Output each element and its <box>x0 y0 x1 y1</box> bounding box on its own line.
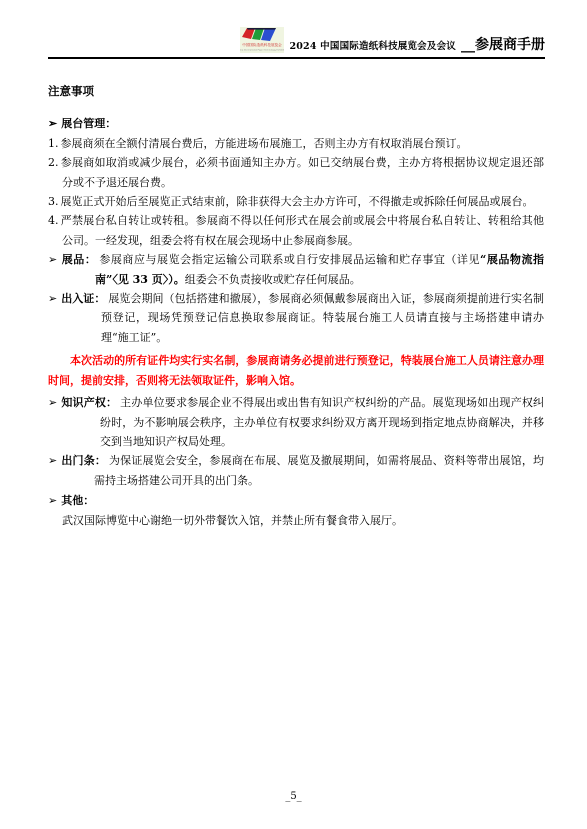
section-label: 出门条： <box>61 454 106 467</box>
arrow-bullet-icon: ➢ <box>48 396 57 409</box>
real-name-notice: 本次活动的所有证件均实行实名制，参展商请务必提前进行预登记，特装展台施工人员请注… <box>48 351 544 390</box>
section-passes: ➢出入证：展览会期间（包括搭建和撤展），参展商必须佩戴参展商出入证，参展商须提前… <box>48 289 544 347</box>
arrow-bullet-icon: ➢ <box>48 253 57 266</box>
item-text: 参展商须在全额付清展台费后，方能进场布展施工，否则主办方有权取消展台预订。 <box>61 137 468 150</box>
section-label: 知识产权： <box>61 396 117 409</box>
arrow-bullet-icon: ➢ <box>48 292 57 305</box>
section-heading-booth-management: ➢展台管理： <box>48 114 544 133</box>
header-title-suffix: __参展商手册 <box>461 38 545 53</box>
header-title-prefix: 2024 中国国际造纸科技展览会及会议 <box>289 40 456 53</box>
section-label: 展品： <box>61 253 96 266</box>
booth-rule-item: 2.参展商如取消或减少展台，必须书面通知主办方。如已交纳展台费，主办方将根据协议… <box>48 153 544 192</box>
logo-text-cn: 中国国际造纸科技展览会 <box>243 42 283 47</box>
section-text: 为保证展览会安全，参展商在布展、展览及撤展期间，如需将展品、资料等带出展馆，均需… <box>94 454 544 486</box>
item-text: 严禁展台私自转让或转租。参展商不得以任何形式在展会前或展会中将展台私自转让、转租… <box>61 214 545 246</box>
arrow-bullet-icon: ➢ <box>48 454 57 467</box>
item-number: 4. <box>48 214 59 227</box>
logo-text-en: China International Paper Technology Exh… <box>240 49 284 52</box>
section-exhibits: ➢展品：参展商应与展览会指定运输公司联系或自行安排展品运输和贮存事宜（详见“展品… <box>48 250 544 289</box>
section-text: 展览会期间（包括搭建和撤展），参展商必须佩戴参展商出入证，参展商须提前进行实名制… <box>101 292 544 344</box>
section-label: 展台管理： <box>61 117 116 130</box>
booth-rule-item: 1.参展商须在全额付清展台费后，方能进场布展施工，否则主办方有权取消展台预订。 <box>48 134 544 153</box>
page-title: 注意事项 <box>48 82 544 101</box>
section-text: 组委会不负责接收或贮存任何展品。 <box>185 273 361 286</box>
document-page: 中国国际造纸科技展览会 China International Paper Te… <box>0 0 587 829</box>
page-content: 注意事项 ➢展台管理： 1.参展商须在全额付清展台费后，方能进场布展施工，否则主… <box>48 82 544 530</box>
section-text: 主办单位要求参展企业不得展出或出售有知识产权纠纷的产品。展览现场如出现产权纠纷时… <box>100 396 544 448</box>
booth-rule-item: 3.展览正式开始后至展览正式结束前，除非获得大会主办方许可，不得撤走或拆除任何展… <box>48 192 544 211</box>
item-number: 2. <box>48 156 59 169</box>
page-header: 中国国际造纸科技展览会 China International Paper Te… <box>48 27 545 59</box>
item-text: 展览正式开始后至展览正式结束前，除非获得大会主办方许可，不得撤走或拆除任何展品或… <box>61 195 534 208</box>
item-text: 参展商如取消或减少展台，必须书面通知主办方。如已交纳展台费，主办方将根据协议规定… <box>61 156 545 188</box>
section-text: 参展商应与展览会指定运输公司联系或自行安排展品运输和贮存事宜（详见 <box>99 253 480 266</box>
section-label: 其他： <box>61 494 94 507</box>
section-label: 出入证： <box>61 292 105 305</box>
others-text: 武汉国际博览中心谢绝一切外带餐饮入馆，并禁止所有餐食带入展厅。 <box>48 511 544 530</box>
section-exit-pass: ➢出门条：为保证展览会安全，参展商在布展、展览及撤展期间，如需将展品、资料等带出… <box>48 451 544 490</box>
exhibition-logo-icon: 中国国际造纸科技展览会 China International Paper Te… <box>240 27 284 53</box>
item-number: 3. <box>48 195 59 208</box>
booth-rule-item: 4.严禁展台私自转让或转租。参展商不得以任何形式在展会前或展会中将展台私自转让、… <box>48 211 544 250</box>
section-heading-others: ➢其他： <box>48 491 544 510</box>
arrow-bullet-icon: ➢ <box>48 117 57 130</box>
arrow-bullet-icon: ➢ <box>48 494 57 507</box>
item-number: 1. <box>48 137 59 150</box>
section-ipr: ➢知识产权：主办单位要求参展企业不得展出或出售有知识产权纠纷的产品。展览现场如出… <box>48 393 544 451</box>
page-number: _5_ <box>0 791 587 802</box>
header-row: 中国国际造纸科技展览会 China International Paper Te… <box>48 27 545 53</box>
